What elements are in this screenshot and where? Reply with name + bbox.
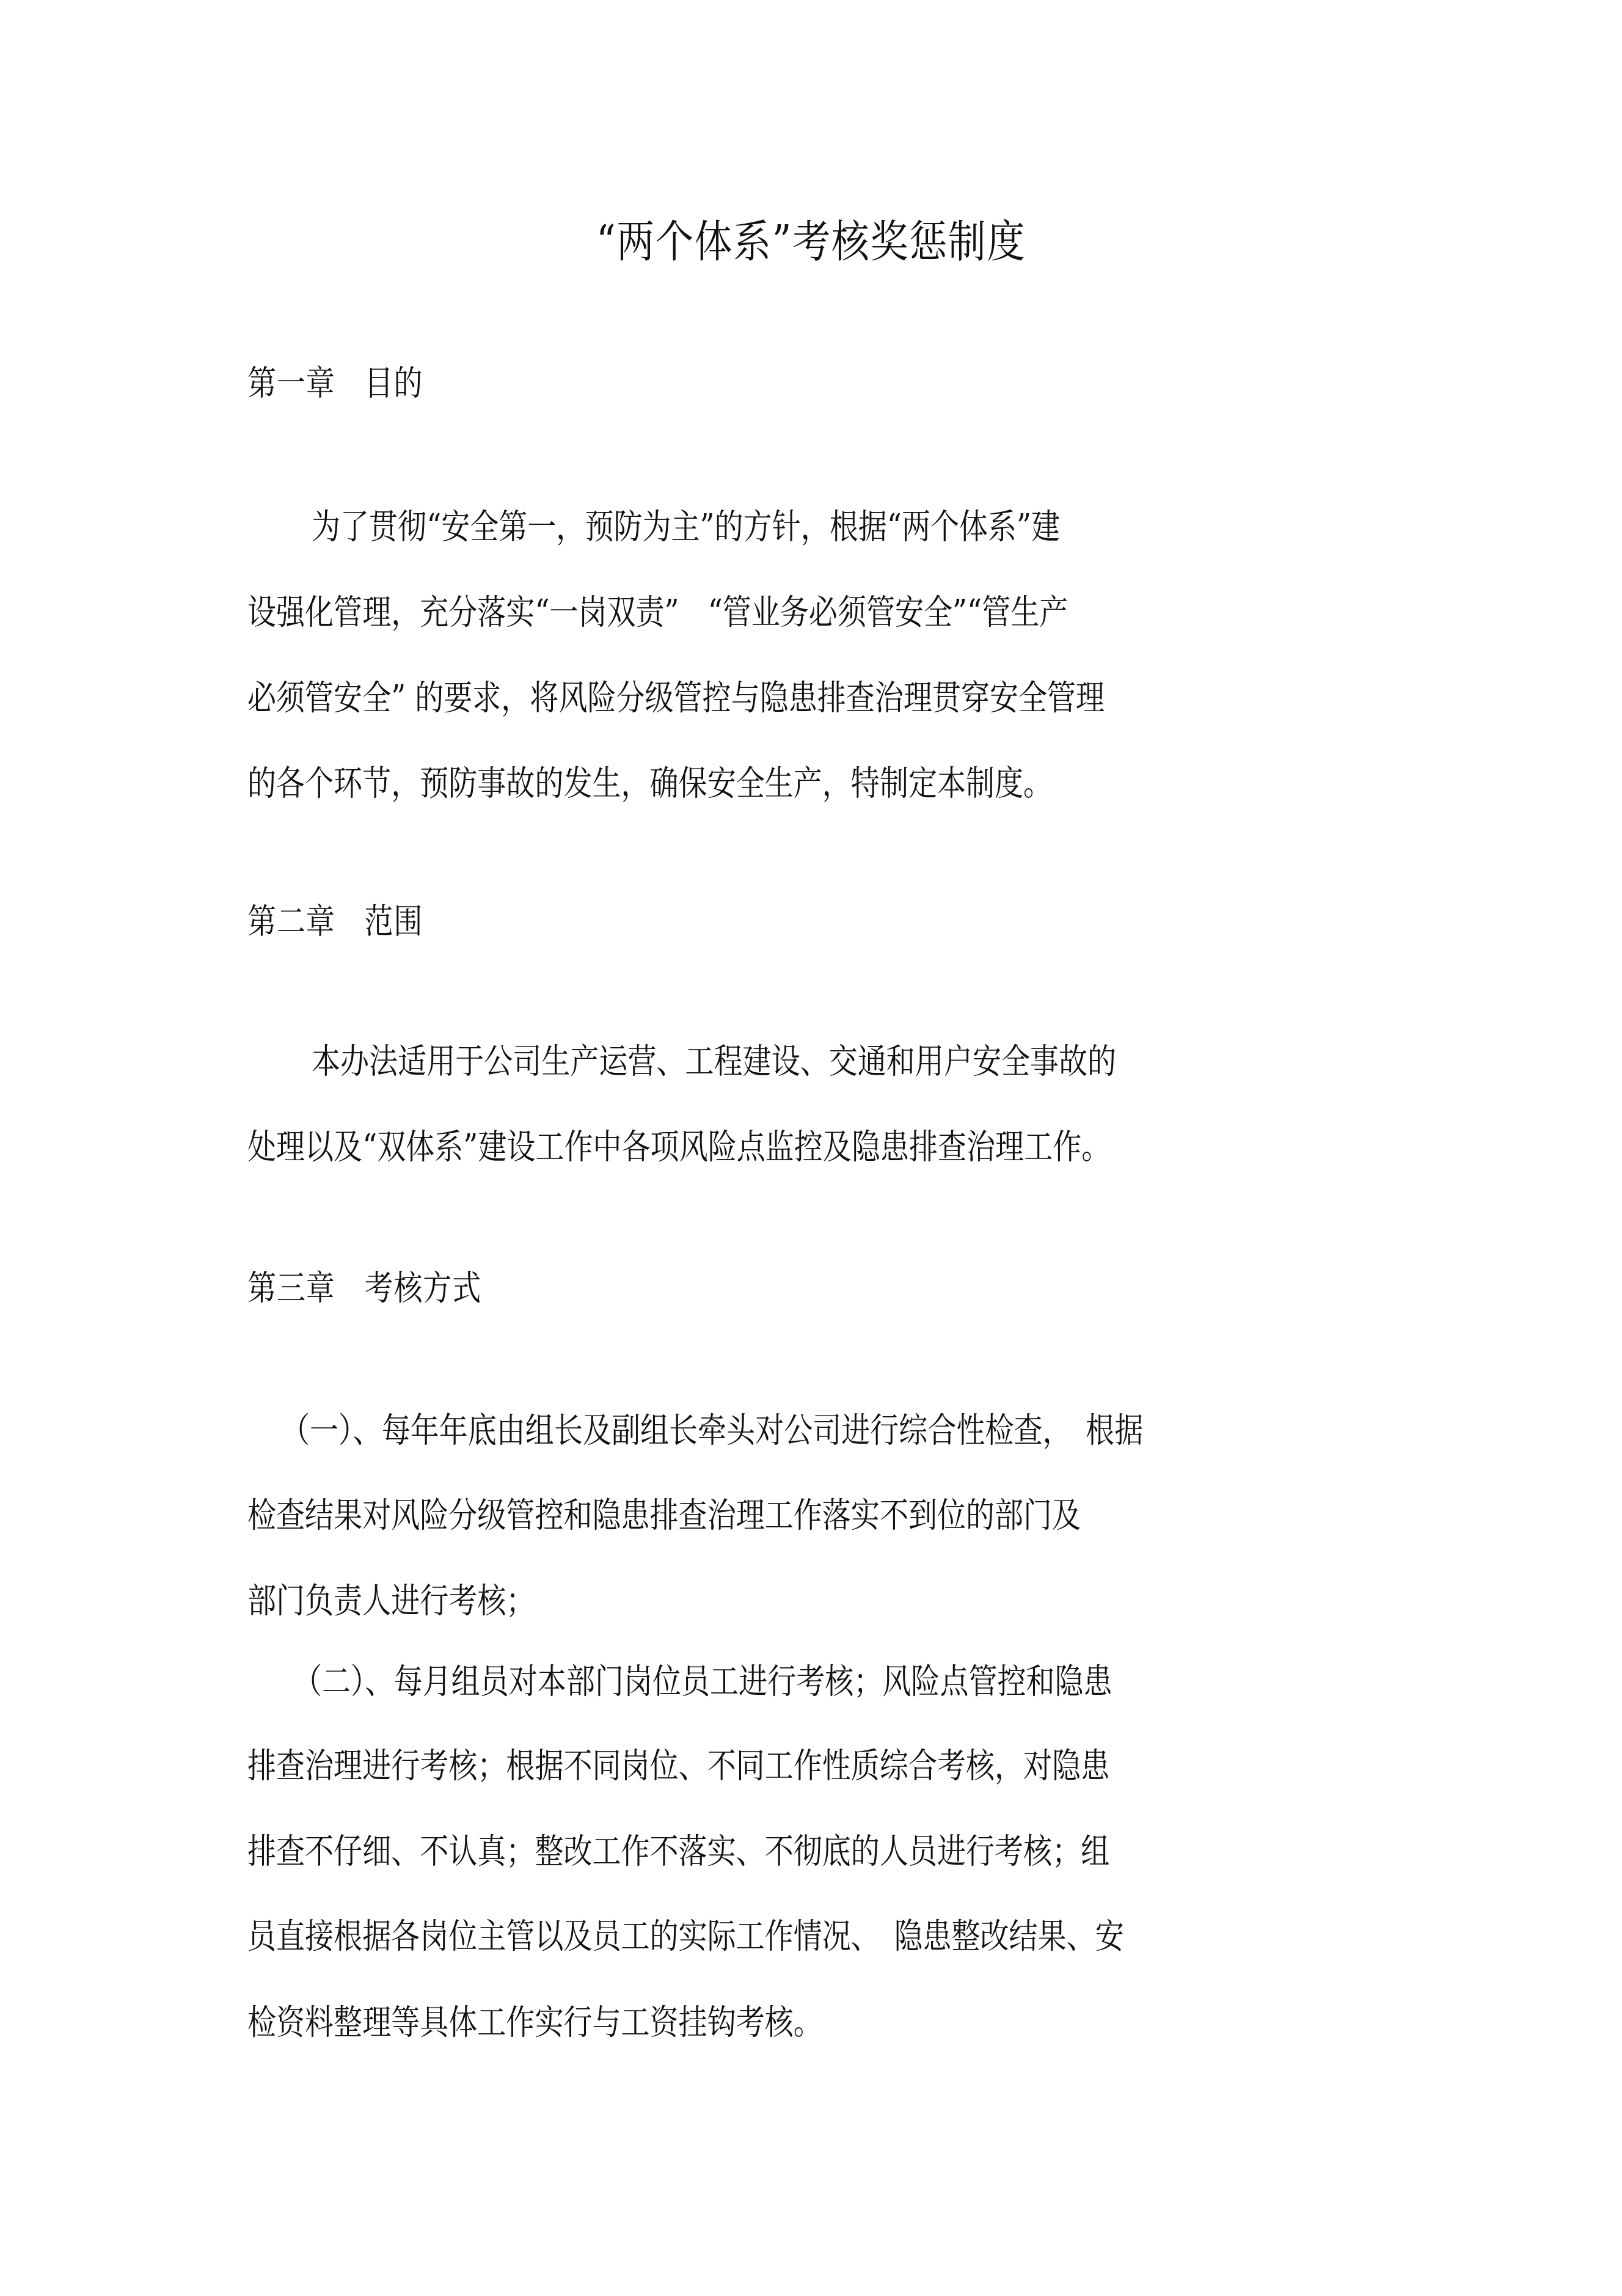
chapter-3-item-2-line: 员直接根据各岗位主管以及员工的实际工作情况、 隐患整改结果、安 xyxy=(247,1915,1124,1958)
chapter-3-item-2-line: 排查不仔细、不认真；整改工作不落实、不彻底的人员进行考核；组 xyxy=(247,1830,1109,1873)
chapter-1-heading: 第一章 目的 xyxy=(247,362,423,405)
chapter-3-item-2-line: 排查治理进行考核；根据不同岗位、不同工作性质综合考核，对隐患 xyxy=(247,1745,1109,1788)
chapter-3-item-1-line: 部门负责人进行考核； xyxy=(247,1580,535,1623)
chapter-1-paragraph-line: 必须管安全” 的要求，将风险分级管控与隐患排查治理贯穿安全管理 xyxy=(247,677,1105,720)
document-title: “两个体系”考核奖惩制度 xyxy=(114,214,1508,269)
chapter-3-heading: 第三章 考核方式 xyxy=(247,1267,481,1310)
chapter-3-item-1-line: （一）、每年年底由组长及副组长牵头对公司进行综合性检查， 根据 xyxy=(281,1409,1143,1452)
chapter-3-item-2-line: （二）、每月组员对本部门岗位员工进行考核；风险点管控和隐患 xyxy=(293,1661,1112,1703)
chapter-2-paragraph-line: 处理以及“双体系”建设工作中各项风险点监控及隐患排查治理工作。 xyxy=(247,1126,1110,1169)
chapter-2-heading: 第二章 范围 xyxy=(247,901,423,943)
chapter-3-item-1-line: 检查结果对风险分级管控和隐患排查治理工作落实不到位的部门及 xyxy=(247,1494,1081,1537)
document-page: “两个体系”考核奖惩制度 第一章 目的 为了贯彻“安全第一，预防为主”的方针，根… xyxy=(0,0,1622,2296)
chapter-1-paragraph-line: 为了贯彻“安全第一，预防为主”的方针，根据“两个体系”建 xyxy=(312,506,1060,549)
chapter-3-item-2-line: 检资料整理等具体工作实行与工资挂钩考核。 xyxy=(247,2002,822,2044)
chapter-1-paragraph-line: 的各个环节，预防事故的发生，确保安全生产，特制定本制度。 xyxy=(247,762,1052,805)
chapter-2-paragraph-line: 本办法适用于公司生产运营、工程建设、交通和用户安全事故的 xyxy=(312,1040,1116,1083)
chapter-1-paragraph-line: 设强化管理，充分落实“一岗双责” “管业务必须管安全”“管生产 xyxy=(247,591,1068,634)
